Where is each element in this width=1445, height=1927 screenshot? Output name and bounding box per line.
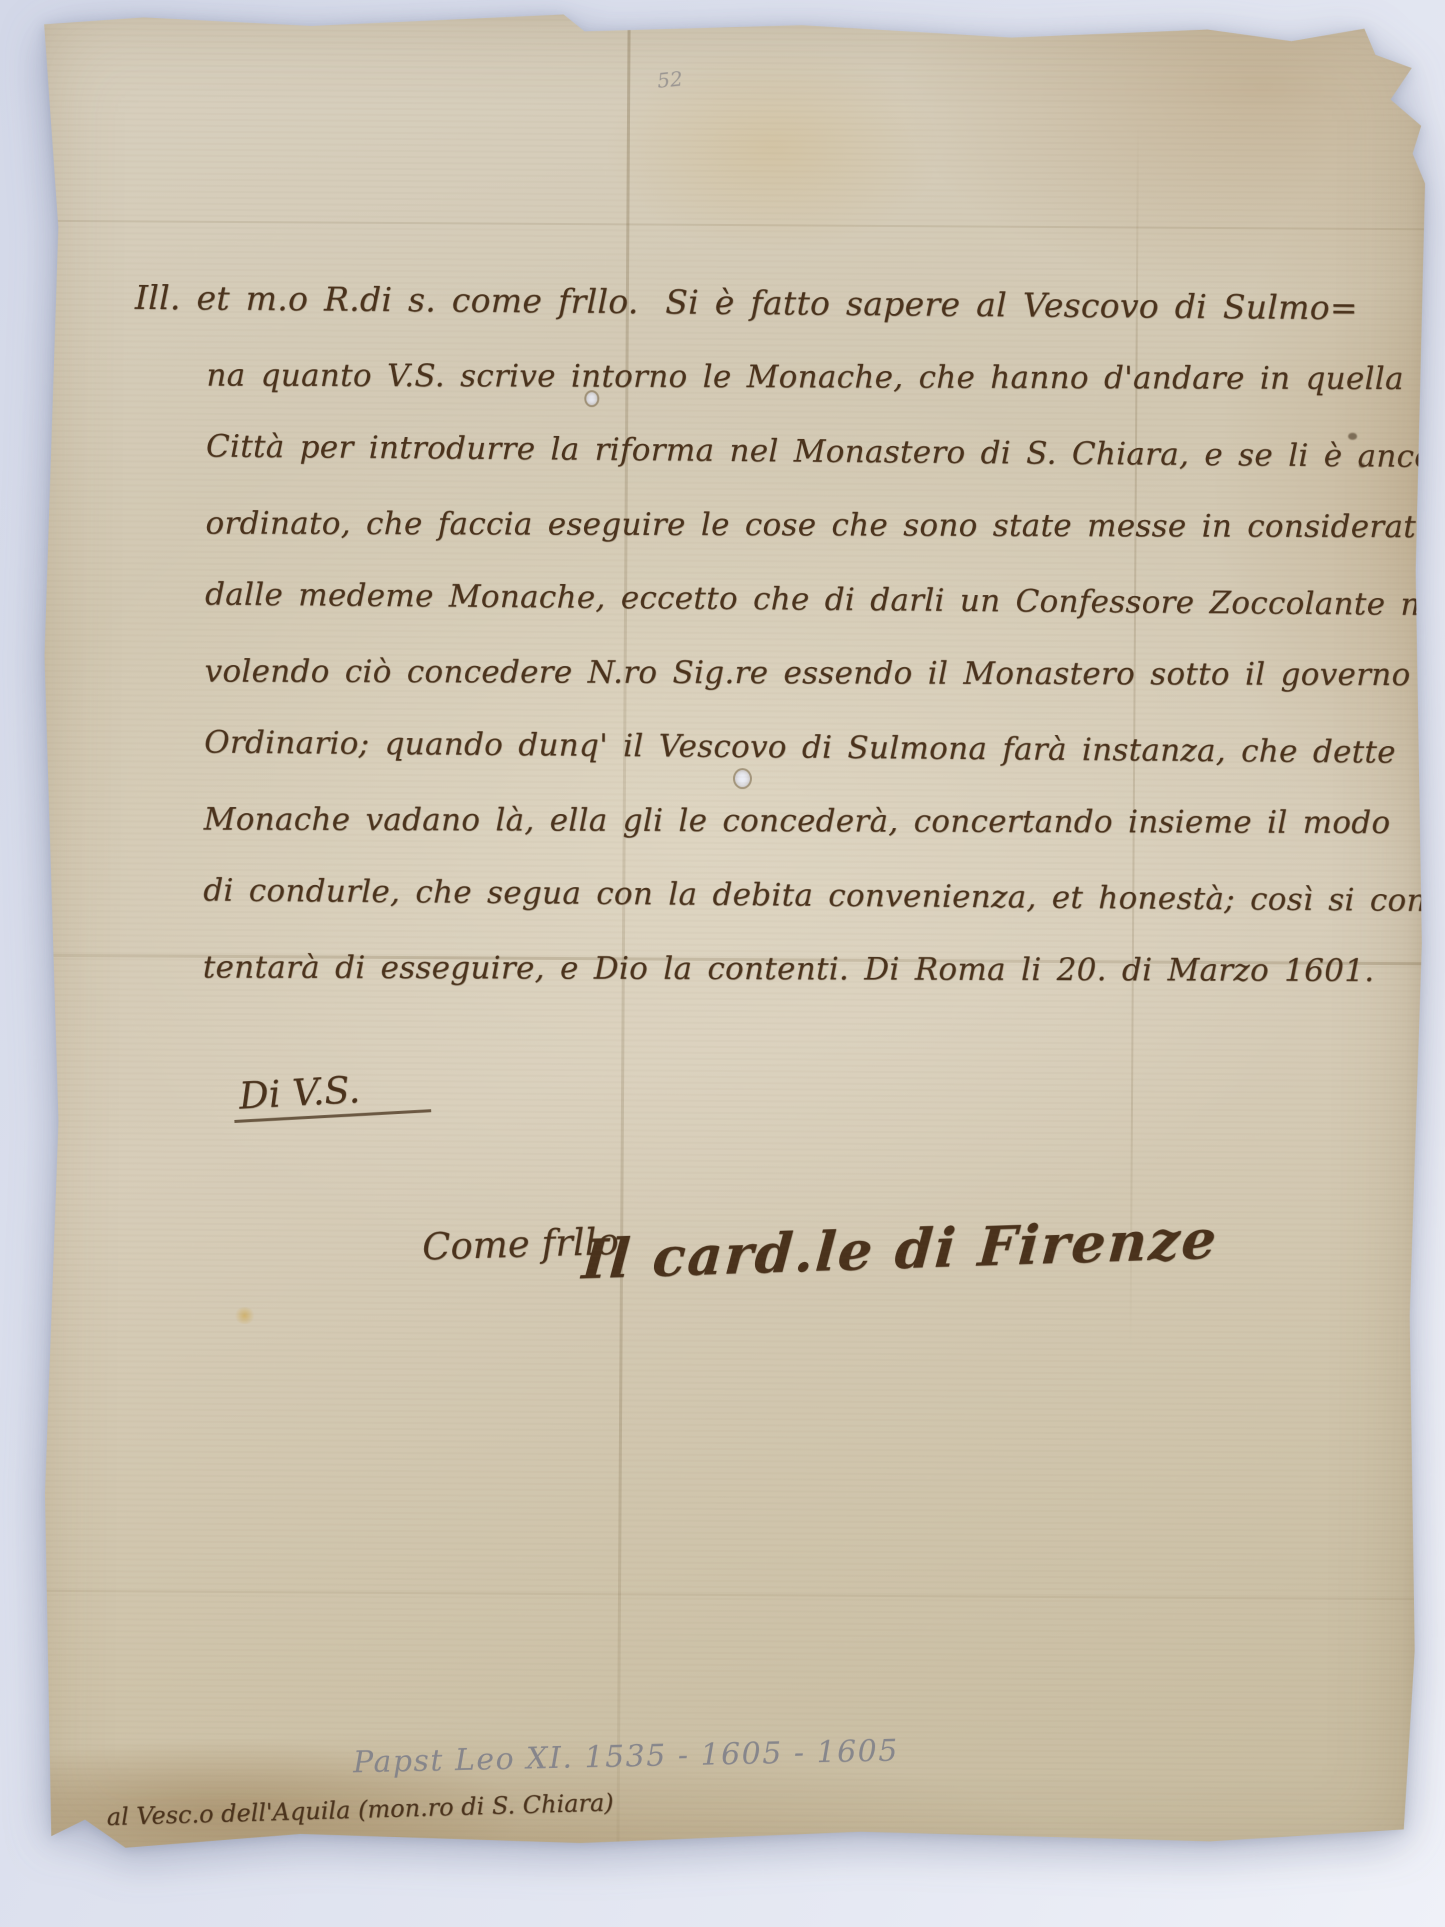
letter-text-block: Ill. et m.o R.di s. come frllo. Si è fat… [131,262,1362,1009]
fold-crease-horizontal-bottom [22,1590,1422,1601]
letter-line: Ordinario; quando dunq' il Vescovo di Su… [132,705,1360,789]
letter-line: volendo ciò concedere N.ro Sig.re essend… [133,634,1360,712]
letter-line: dalle medeme Monache, eccetto che di dar… [133,557,1361,641]
pencil-annotation: Papst Leo XI. 1535 - 1605 - 1605 [353,1733,900,1780]
salutation: Ill. et m.o R.di s. come frllo. [135,261,639,339]
stain-spot [234,1307,256,1324]
letter-line-start: Si è fatto sapere al Vescovo di Sulmo= [665,265,1358,345]
letter-line: Monache vadano là, ella gli le concederà… [132,782,1359,860]
paper-sheet-wrap: 52 Ill. et m.o R.di s. come frllo. Si è … [20,4,1431,1875]
paper-sheet: 52 Ill. et m.o R.di s. come frllo. Si è … [20,4,1431,1875]
archival-number-pencil: 52 [656,66,684,92]
docket-annotation: al Vesc.o dell'Aquila (mon.ro di S. Chia… [106,1788,614,1831]
photo-backdrop: 52 Ill. et m.o R.di s. come frllo. Si è … [0,0,1445,1927]
letter-line: di condurle, che segua con la debita con… [131,853,1359,937]
letter-line: na quanto V.S. scrive intorno le Monache… [134,338,1361,416]
letter-line: ordinato, che faccia eseguire le cose ch… [133,486,1360,564]
letter-line: Ill. et m.o R.di s. come frllo. Si è fat… [135,261,1363,345]
letter-line: Città per introdurre la riforma nel Mona… [134,409,1362,493]
valediction: Di V.S. [232,1067,430,1121]
letter-line: tentarà di esseguire, e Dio la contenti.… [131,930,1358,1008]
fold-crease-horizontal-top [30,220,1430,231]
signature: Il card.le di Firenze [580,1207,1220,1292]
